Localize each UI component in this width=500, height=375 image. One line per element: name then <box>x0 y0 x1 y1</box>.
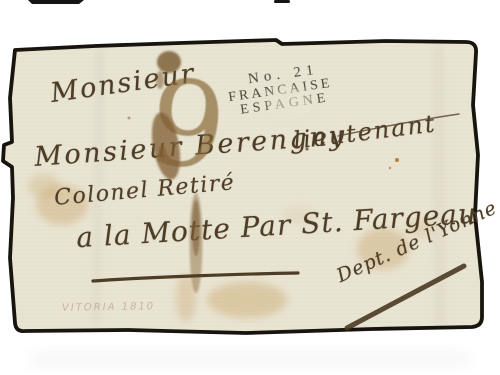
pencil-annotation: VITORIA 1810 <box>62 302 155 314</box>
photo-of-postal-cover: Monsieur Monsieur Berengny lieutenant Co… <box>0 0 500 375</box>
photo-edge-artifacts <box>28 0 290 4</box>
rate-marking-script: 9 <box>143 62 232 188</box>
photo-shadow <box>30 352 470 366</box>
